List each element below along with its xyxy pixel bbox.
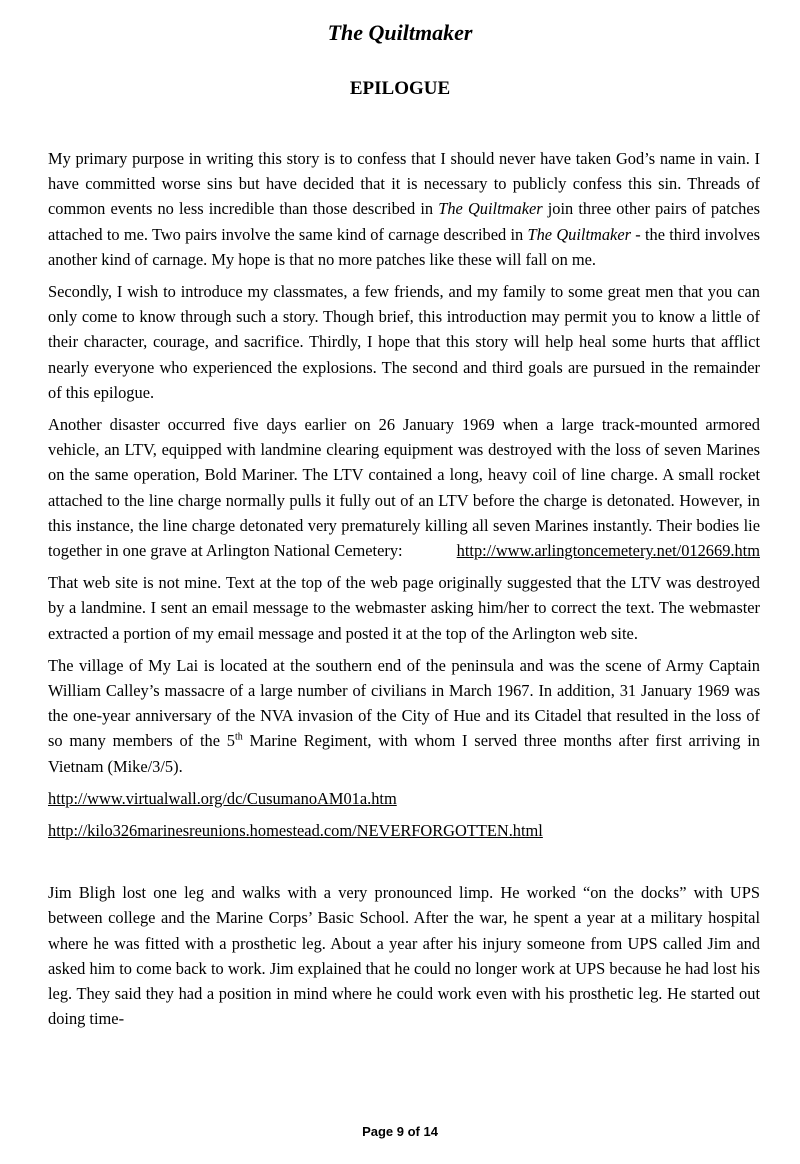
book-title-italic: The Quiltmaker [438, 199, 542, 218]
paragraph-website: That web site is not mine. Text at the t… [48, 570, 760, 646]
spacer [48, 850, 760, 880]
superscript: th [235, 732, 243, 743]
paragraph-ltv-disaster: Another disaster occurred five days earl… [48, 412, 760, 563]
paragraph-jim-bligh: Jim Bligh lost one leg and walks with a … [48, 880, 760, 1031]
document-title: The Quiltmaker [0, 20, 800, 46]
link-line: http://kilo326marinesreunions.homestead.… [48, 818, 760, 843]
book-title-italic: The Quiltmaker [527, 225, 631, 244]
kilo326-link[interactable]: http://kilo326marinesreunions.homestead.… [48, 821, 543, 840]
arlington-link[interactable]: http://www.arlingtoncemetery.net/012669.… [457, 538, 760, 563]
document-page: The Quiltmaker EPILOGUE My primary purpo… [0, 0, 800, 1164]
section-heading: EPILOGUE [0, 78, 800, 100]
page-number: Page 9 of 14 [0, 1124, 800, 1139]
link-line: http://www.virtualwall.org/dc/CusumanoAM… [48, 786, 760, 811]
paragraph-purpose: My primary purpose in writing this story… [48, 146, 760, 272]
body-text: My primary purpose in writing this story… [48, 146, 760, 1039]
paragraph-goals: Secondly, I wish to introduce my classma… [48, 279, 760, 405]
virtualwall-link[interactable]: http://www.virtualwall.org/dc/CusumanoAM… [48, 789, 397, 808]
paragraph-my-lai: The village of My Lai is located at the … [48, 653, 760, 779]
